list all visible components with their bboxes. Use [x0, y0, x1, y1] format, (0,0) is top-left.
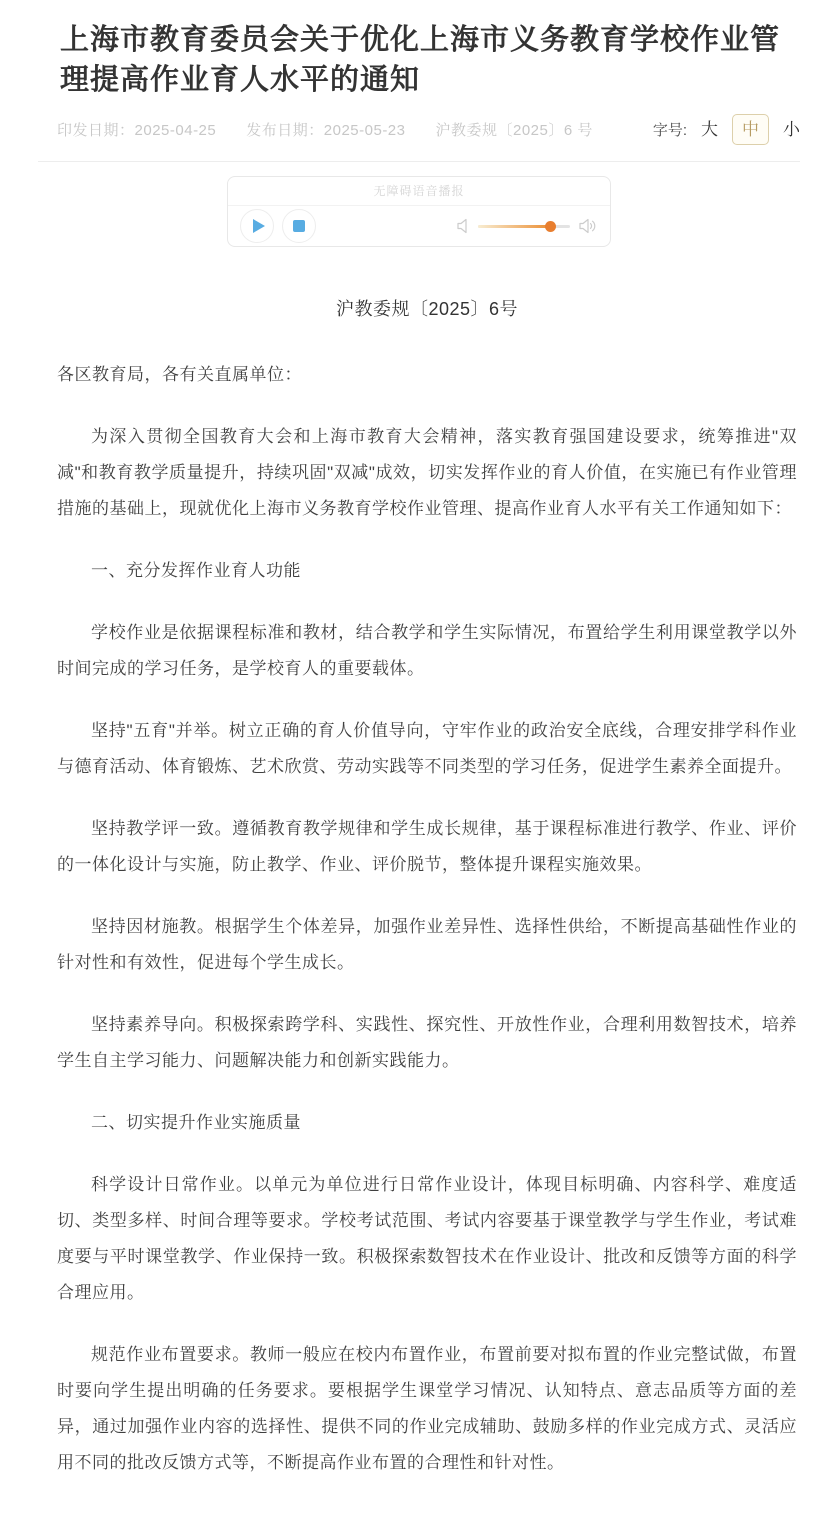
audio-player-title: 无障碍语音播报 [228, 177, 610, 206]
section-heading-1: 一、充分发挥作业育人功能 [57, 553, 797, 589]
paragraph: 学校作业是依据课程标准和教材，结合教学和学生实际情况，布置给学生利用课堂教学以外… [57, 615, 797, 687]
doc-number-meta: 沪教委规〔2025〕6 号 [436, 119, 593, 140]
doc-number-line: 沪教委规〔2025〕6号 [57, 291, 797, 327]
paragraph-intro: 为深入贯彻全国教育大会和上海市教育大会精神，落实教育强国建设要求，统筹推进"双减… [57, 419, 797, 527]
paragraph: 坚持"五育"并举。树立正确的育人价值导向，守牢作业的政治安全底线，合理安排学科作… [57, 713, 797, 785]
section-heading-2: 二、切实提升作业实施质量 [57, 1105, 797, 1141]
header-separator [38, 161, 800, 162]
font-size-label: 字号: [653, 119, 687, 140]
stop-button[interactable] [282, 209, 316, 243]
header: 上海市教育委员会关于优化上海市义务教育学校作业管理提高作业育人水平的通知 印发日… [0, 20, 838, 145]
volume-low-icon [456, 218, 470, 234]
print-date-label: 印发日期： [57, 122, 135, 139]
font-size-control: 字号: 大 中 小 [653, 114, 804, 145]
font-size-small-button[interactable]: 小 [779, 118, 804, 141]
meta-row: 印发日期：2025-04-25 发布日期：2025-05-23 沪教委规〔202… [57, 114, 804, 145]
volume-slider-handle[interactable] [545, 221, 556, 232]
playback-buttons [240, 209, 316, 243]
publish-date-value: 2025-05-23 [324, 122, 406, 139]
volume-control [456, 218, 598, 234]
publish-date: 发布日期：2025-05-23 [246, 119, 405, 140]
paragraph: 坚持素养导向。积极探索跨学科、实践性、探究性、开放性作业，合理利用数智技术，培养… [57, 1007, 797, 1079]
meta-info: 印发日期：2025-04-25 发布日期：2025-05-23 沪教委规〔202… [57, 119, 593, 140]
print-date-value: 2025-04-25 [135, 122, 217, 139]
publish-date-label: 发布日期： [246, 122, 324, 139]
audio-player: 无障碍语音播报 [227, 176, 611, 247]
font-size-medium-button[interactable]: 中 [732, 114, 769, 145]
stop-icon [293, 220, 305, 232]
play-button[interactable] [240, 209, 274, 243]
audio-controls [228, 206, 610, 246]
print-date: 印发日期：2025-04-25 [57, 119, 216, 140]
paragraph: 规范作业布置要求。教师一般应在校内布置作业，布置前要对拟布置的作业完整试做，布置… [57, 1337, 797, 1481]
article: 沪教委规〔2025〕6号 各区教育局，各有关直属单位： 为深入贯彻全国教育大会和… [0, 291, 838, 1521]
volume-slider-fill [478, 225, 550, 228]
paragraph: 坚持教学评一致。遵循教育教学规律和学生成长规律，基于课程标准进行教学、作业、评价… [57, 811, 797, 883]
page-title: 上海市教育委员会关于优化上海市义务教育学校作业管理提高作业育人水平的通知 [60, 20, 780, 100]
salutation: 各区教育局，各有关直属单位： [57, 357, 797, 393]
paragraph: 坚持因材施教。根据学生个体差异，加强作业差异性、选择性供给，不断提高基础性作业的… [57, 909, 797, 981]
volume-high-icon [578, 218, 598, 234]
font-size-large-button[interactable]: 大 [697, 118, 722, 141]
play-icon [253, 219, 265, 233]
paragraph: 科学设计日常作业。以单元为单位进行日常作业设计，体现目标明确、内容科学、难度适切… [57, 1167, 797, 1311]
volume-slider[interactable] [478, 225, 570, 228]
page: 上海市教育委员会关于优化上海市义务教育学校作业管理提高作业育人水平的通知 印发日… [0, 0, 838, 1521]
